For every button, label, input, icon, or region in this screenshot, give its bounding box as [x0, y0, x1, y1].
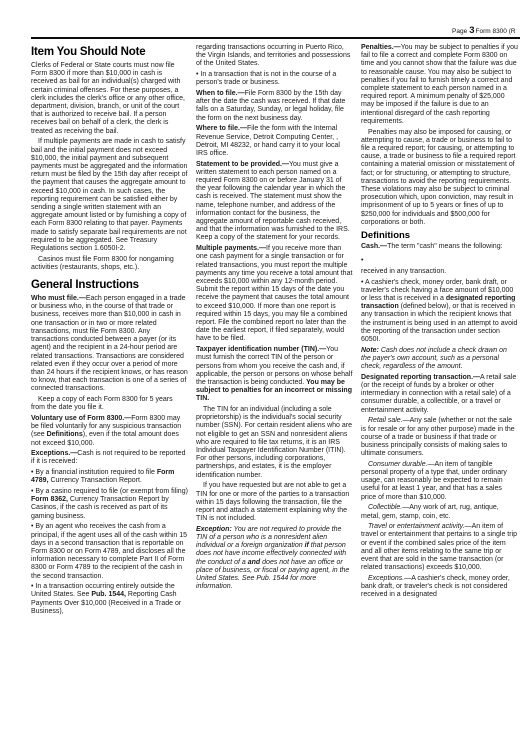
page-number: 3: [469, 25, 474, 36]
document-columns: Item You Should Note Clerks of Federal o…: [31, 44, 520, 619]
paragraph-where-to-file: Where to file.—File the form with the In…: [196, 125, 353, 158]
bullet-cashiers-check: A cashier's check, money order, bank dra…: [361, 279, 518, 345]
paragraph-collectible: Collectible.—Any work of art, rug, antiq…: [361, 504, 518, 520]
paragraph-penalties-also: Penalties may also be imposed for causin…: [361, 129, 518, 227]
paragraph-clerks-bail: Clerks of Federal or State courts must n…: [31, 62, 188, 136]
paragraph-tin-exception: Exception: You are not required to provi…: [196, 526, 353, 592]
paragraph-exceptions-lead: Exceptions.—Cash is not required to be r…: [31, 450, 188, 466]
column-3: Penalties.—You may be subject to penalti…: [361, 44, 518, 619]
bullet-outside-us: In a transaction occurring entirely outs…: [31, 583, 188, 616]
paragraph-consumer-durable: Consumer durable.—An item of tangible pe…: [361, 461, 518, 502]
paragraph-tin-requested: If you have requested but are not able t…: [196, 482, 353, 523]
header-rule: [31, 37, 520, 39]
column-2: regarding transactions occurring in Puer…: [196, 44, 353, 619]
paragraph-designated-reporting-transaction: Designated reporting transaction.—A reta…: [361, 374, 518, 415]
paragraph-travel-entertainment: Travel or entertainment activity.—An ite…: [361, 523, 518, 572]
page-header: Page3Form 8300 (R: [452, 25, 516, 36]
paragraph-note-personal-check: Note: Cash does not include a check draw…: [361, 347, 518, 372]
bullet-financial-institution: By a financial institution required to f…: [31, 469, 188, 485]
paragraph-multiple-payments: Multiple payments.—If you receive more t…: [196, 245, 353, 343]
bullet-empty-currency: [361, 257, 518, 265]
form-8300-instructions-page: Page3Form 8300 (R Item You Should Note C…: [0, 0, 530, 749]
paragraph-tin-individual: The TIN for an individual (including a s…: [196, 406, 353, 480]
section-heading-definitions: Definitions: [361, 230, 518, 241]
bullet-casino: By a casino required to file (or exempt …: [31, 488, 188, 521]
paragraph-received-in-any-transaction: received in any transaction.: [361, 268, 518, 276]
paragraph-tin: Taxpayer identification number (TIN).—Yo…: [196, 346, 353, 403]
paragraph-voluntary-use: Voluntary use of Form 8300.—Form 8300 ma…: [31, 415, 188, 448]
bullet-agent: By an agent who receives the cash from a…: [31, 523, 188, 580]
paragraph-exceptions-check: Exceptions.—A cashier's check, money ord…: [361, 575, 518, 600]
bullet-not-trade-or-business: In a transaction that is not in the cour…: [196, 71, 353, 87]
paragraph-statement-to-be-provided: Statement to be provided.—You must give …: [196, 161, 353, 243]
paragraph-casinos: Casinos must file Form 8300 for nongamin…: [31, 256, 188, 272]
form-reference: Form 8300 (R: [475, 28, 515, 35]
section-heading-general-instructions: General Instructions: [31, 279, 188, 291]
paragraph-cash-definition-lead: Cash.—The term "cash" means the followin…: [361, 243, 518, 251]
paragraph-territories-continuation: regarding transactions occurring in Puer…: [196, 44, 353, 69]
paragraph-keep-copy: Keep a copy of each Form 8300 for 5 year…: [31, 396, 188, 412]
paragraph-penalties: Penalties.—You may be subject to penalti…: [361, 44, 518, 126]
paragraph-when-to-file: When to file.—File Form 8300 by the 15th…: [196, 90, 353, 123]
page-word: Page: [452, 28, 467, 35]
paragraph-who-must-file: Who must file.—Each person engaged in a …: [31, 295, 188, 393]
paragraph-retail-sale: Retail sale.—Any sale (whether or not th…: [361, 417, 518, 458]
section-heading-item-you-should-note: Item You Should Note: [31, 46, 188, 58]
paragraph-multiple-bail-payments: If multiple payments are made in cash to…: [31, 138, 188, 253]
column-1: Item You Should Note Clerks of Federal o…: [31, 44, 188, 619]
